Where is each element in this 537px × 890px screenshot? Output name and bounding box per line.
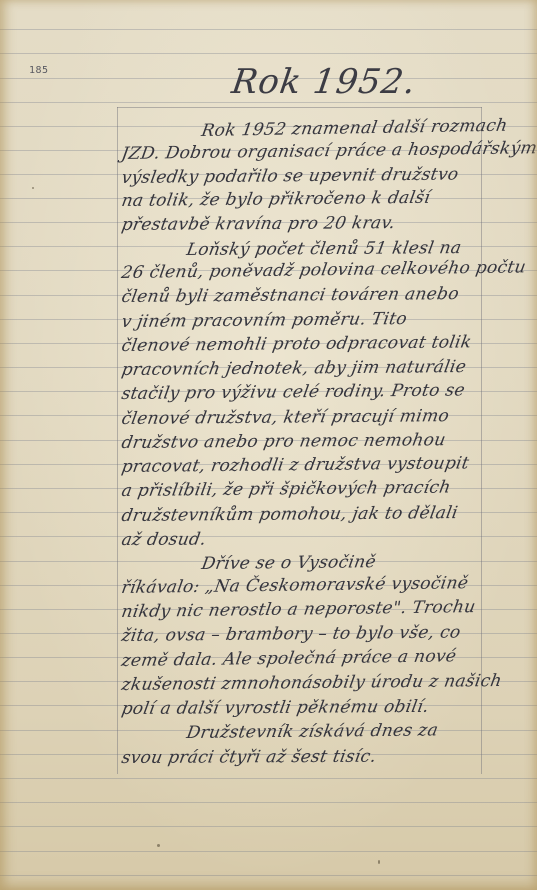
notebook-page: 185 Rok 1952. Rok 1952 znamenal další ro… [0,0,537,890]
handwritten-line: pracovat, rozhodli z družstva vystoupit [120,453,471,477]
handwritten-line: až dosud. [120,530,208,550]
handwritten-line: přestavbě kravína pro 20 krav. [120,213,397,235]
handwritten-line: žita, ovsa – brambory – to bylo vše, co [120,622,462,646]
handwritten-line: 26 členů, poněvadž polovina celkového po… [120,257,528,283]
handwritten-line: stačily pro výživu celé rodiny. Proto se [120,380,467,404]
ruled-line [0,802,537,803]
handwritten-line: členové družstva, kteří pracují mimo [120,406,451,429]
handwritten-line: Rok 1952 znamenal další rozmach [200,116,509,141]
handwritten-line: výsledky podařilo se upevnit družstvo [120,164,460,188]
handwritten-line: v jiném pracovním poměru. Tito [120,309,409,332]
paper-spot [157,844,160,847]
handwritten-line: členů byli zaměstnanci továren anebo [120,284,461,307]
ruled-line [0,851,537,852]
page-number: 185 [29,65,49,76]
ruled-line [0,29,537,30]
text-box-top-border [117,107,482,108]
left-margin-line [117,107,118,774]
handwritten-line: říkávalo: „Na Českomoravské vysočině [120,573,470,598]
handwritten-line: a přislíbili, že při špičkových pracích [120,478,452,501]
handwritten-line: na tolik, že bylo přikročeno k další [120,188,432,211]
handwritten-line: polí a další vyrostli pěknému obilí. [120,697,430,719]
handwritten-line: členové nemohli proto odpracovat tolik [120,332,473,356]
handwritten-line: Dříve se o Vysočině [200,552,378,574]
paper-spot [378,860,380,864]
ruled-line [0,778,537,779]
handwritten-line: Loňský počet členů 51 klesl na [185,238,463,260]
handwritten-line: družstvo anebo pro nemoc nemohou [120,430,447,453]
handwritten-line: JZD. Dobrou organisací práce a hospodářs… [120,138,537,164]
handwritten-line: zkušenosti zmnohonásobily úrodu z našich [120,671,503,695]
handwritten-line: Družstevník získává dnes za [185,720,440,743]
handwritten-line: pracovních jednotek, aby jim naturálie [120,357,468,380]
page-title: Rok 1952. [229,62,418,102]
ruled-line [0,875,537,876]
handwritten-line: země dala. Ale společná práce a nové [120,646,458,671]
paper-spot [32,187,34,189]
handwritten-line: svou práci čtyři až šest tisíc. [120,747,378,768]
ruled-line [0,536,537,537]
ruled-line [0,826,537,827]
ruled-line [0,53,537,54]
ruled-line [0,102,537,103]
handwritten-line: nikdy nic nerostlo a neporoste". Trochu [120,597,477,622]
handwritten-line: družstevníkům pomohou, jak to dělali [120,503,459,526]
